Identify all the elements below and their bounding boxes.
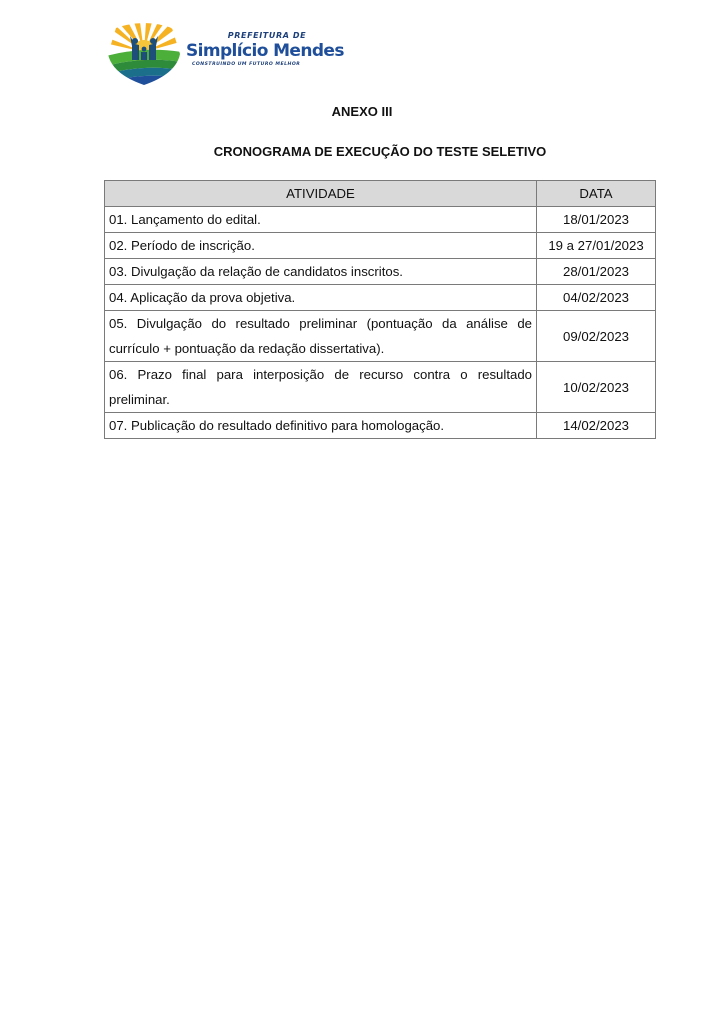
table-row: 05. Divulgação do resultado preliminar (… (105, 311, 656, 362)
table-row: 03. Divulgação da relação de candidatos … (105, 259, 656, 285)
activity-cell: 03. Divulgação da relação de candidatos … (105, 259, 537, 285)
table-row: 06. Prazo final para interposição de rec… (105, 362, 656, 413)
document-title: CRONOGRAMA DE EXECUÇÃO DO TESTE SELETIVO (0, 144, 724, 159)
schedule-table: ATIVIDADE DATA 01. Lançamento do edital.… (104, 180, 656, 439)
activity-cell: 04. Aplicação da prova objetiva. (105, 285, 537, 311)
column-header-activity: ATIVIDADE (105, 181, 537, 207)
column-header-date: DATA (537, 181, 656, 207)
logo-municipality-name: Simplício Mendes (186, 41, 336, 61)
date-cell: 18/01/2023 (537, 207, 656, 233)
logo-slogan: CONSTRUINDO UM FUTURO MELHOR (186, 61, 336, 68)
annex-heading: ANEXO III (0, 104, 724, 119)
table-row: 01. Lançamento do edital. 18/01/2023 (105, 207, 656, 233)
activity-cell: 06. Prazo final para interposição de rec… (105, 362, 537, 413)
date-cell: 19 a 27/01/2023 (537, 233, 656, 259)
table-header-row: ATIVIDADE DATA (105, 181, 656, 207)
logo-prefix: PREFEITURA DE (186, 31, 336, 41)
table-row: 02. Período de inscrição. 19 a 27/01/202… (105, 233, 656, 259)
logo-text-block: PREFEITURA DE Simplício Mendes CONSTRUIN… (186, 31, 336, 68)
activity-cell: 01. Lançamento do edital. (105, 207, 537, 233)
date-cell: 10/02/2023 (537, 362, 656, 413)
table-row: 07. Publicação do resultado definitivo p… (105, 413, 656, 439)
activity-cell: 07. Publicação do resultado definitivo p… (105, 413, 537, 439)
date-cell: 14/02/2023 (537, 413, 656, 439)
date-cell: 04/02/2023 (537, 285, 656, 311)
activity-cell: 05. Divulgação do resultado preliminar (… (105, 311, 537, 362)
activity-cell: 02. Período de inscrição. (105, 233, 537, 259)
date-cell: 09/02/2023 (537, 311, 656, 362)
municipality-logo: PREFEITURA DE Simplício Mendes CONSTRUIN… (106, 22, 336, 86)
date-cell: 28/01/2023 (537, 259, 656, 285)
sun-family-landscape-emblem-icon (106, 22, 182, 86)
table-row: 04. Aplicação da prova objetiva. 04/02/2… (105, 285, 656, 311)
